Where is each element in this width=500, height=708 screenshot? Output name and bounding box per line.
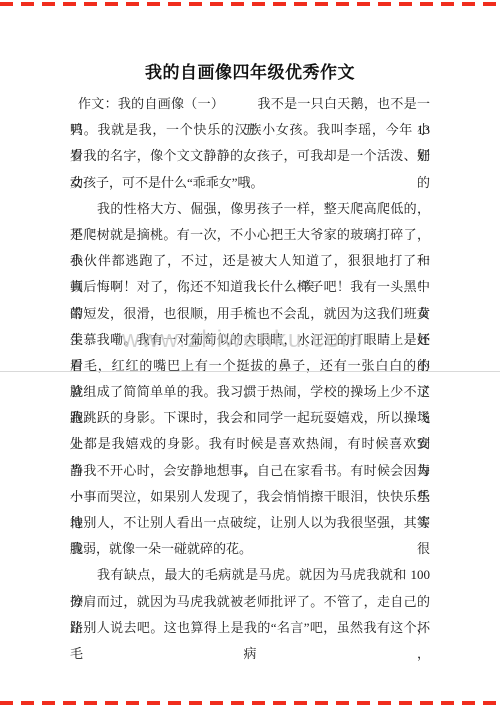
document-title: 我的自画像四年级优秀作文: [0, 58, 500, 83]
text-line: 小伙伴都逃跑了，不过，还是被大人知道了，狠狠地打了一顿，唉！: [70, 248, 430, 274]
text-line: 看我的名字，像个文文静静的女孩子，可我却是一个活泼、好动的: [70, 143, 430, 169]
text-line: 当我不开心时，会安静地想事，自己在家看书。有时候会因为一些: [70, 458, 430, 484]
horizontal-divider: [0, 371, 500, 372]
text-line: 擦肩而过，就因为马虎我就被老师批评了。不管了，走自己的路，: [70, 589, 430, 615]
text-line: 跑跳跃的身影。下课时，我会和同学一起玩耍嬉戏，所以操场上到: [70, 405, 430, 431]
text-line: 是爬树就是摘桃。有一次，不小心把王大爷家的玻璃打碎了，我和: [70, 222, 430, 248]
document-page: 我的自画像四年级优秀作文 作文：我的自画像（一） 我不是一只白天鹅，也不是一只丑…: [0, 0, 500, 708]
red-dashed-cutline-bottom: [0, 701, 500, 705]
text-line: 羡慕我嘞。我有一对葡萄似的大眼睛，水汪汪的打眼睛上是好看的: [70, 327, 430, 353]
text-line: 真后悔啊！对了，你还不知道我长什么样子吧！我有一头黑中带黄: [70, 274, 430, 300]
text-line: 我的性格大方、倔强，像男孩子一样，整天爬高爬低的，不: [70, 196, 430, 222]
text-line: 待别人，不让别人看出一点破绽，让别人以为我很坚强，其实我很: [70, 510, 430, 536]
text-lines: 作文：我的自画像（一） 我不是一只白天鹅，也不是一只丑小鸭。我就是我，一个快乐的…: [70, 91, 430, 641]
red-dashed-cutline-top: [0, 2, 500, 6]
text-line: 作文：我的自画像（一） 我不是一只白天鹅，也不是一只丑小: [70, 91, 430, 117]
text-line: 鸭。我就是我，一个快乐的汉族小女孩。我叫李瑶，今年 13 岁。别: [70, 117, 430, 143]
text-line: 的短发，很滑，也很顺，用手梳也不会乱，就因为这我们班女生还: [70, 301, 430, 327]
text-line: 小事而哭泣，如果别人发现了，我会悄悄擦干眼泪，快快乐乐地等: [70, 484, 430, 510]
text-line: 我有缺点，最大的毛病就是马虎。就因为马虎我就和 100 分: [70, 562, 430, 588]
text-line: 处都是我嬉戏的身影。我有时候是喜欢热闹，有时候喜欢安静。每: [70, 431, 430, 457]
text-line: 让别人说去吧。这也算得上是我的“名言”吧，虽然我有这个坏毛病，: [70, 615, 430, 641]
text-line: 眉毛，红红的嘴巴上有一个挺拔的鼻子，还有一张白白的小脸。这: [70, 353, 430, 379]
text-line: 就组成了简简单单的我。我习惯于热闹，学校的操场上少不了我飞: [70, 379, 430, 405]
